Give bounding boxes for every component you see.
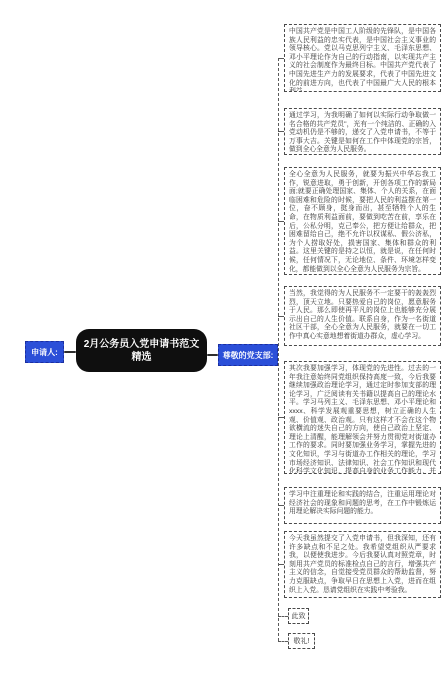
connector-root-to-applicant [64, 351, 76, 353]
paragraph-node-4[interactable]: 当然，我觉得的为人民服务不一定要干的轰轰烈烈，顶天立地。只要热爱自己的岗位，愿意… [284, 286, 441, 346]
applicant-branch-node[interactable]: 申请人: [25, 341, 64, 363]
paragraph-node-6[interactable]: 学习中注重理论和实践的结合，注重运用理论对经济社会的现象和问题的思考，在工作中锻… [284, 487, 441, 524]
paragraph-node-7[interactable]: 今天我虽然提交了入党申请书，但我深知，还有许多缺点和不足之处。我希望党组织从严要… [284, 531, 441, 598]
party-branch-node[interactable]: 尊敬的党支部: [218, 344, 278, 366]
paragraph-node-5[interactable]: 其次我要加强学习，体现党的先进性。过去的一年我注意始终同党组织保持高度一致，今后… [284, 361, 441, 474]
connector-closing-node [278, 616, 288, 617]
connector-root-to-party [207, 354, 218, 356]
central-topic-text: 2月公务员入党申请书范文精选 [80, 338, 203, 364]
paragraph-node-2[interactable]: 通过学习，为我明确了如何以实际行动争取做一名合格的共产党员"，光有一个纯洁的、正… [284, 108, 441, 155]
connector-salute-node [278, 641, 288, 642]
central-topic-node[interactable]: 2月公务员入党申请书范文精选 [76, 329, 207, 372]
paragraph-node-3[interactable]: 全心全意为人民服务，就要为振兴中华忘我工作，锐意进取，勇于创新，开创各项工作的新… [284, 167, 441, 275]
salute-node[interactable]: 敬礼! [288, 633, 315, 649]
mindmap-canvas: 2月公务员入党申请书范文精选 申请人: 尊敬的党支部: 中国共产党是中国工人阶级… [0, 0, 444, 675]
closing-node[interactable]: 此致 [288, 608, 309, 624]
paragraph-node-1[interactable]: 中国共产党是中国工人阶级的先锋队，是中国各族人民利益的忠实代表，是中国社会主义事… [284, 24, 441, 92]
branch-trunk-line [278, 58, 279, 641]
